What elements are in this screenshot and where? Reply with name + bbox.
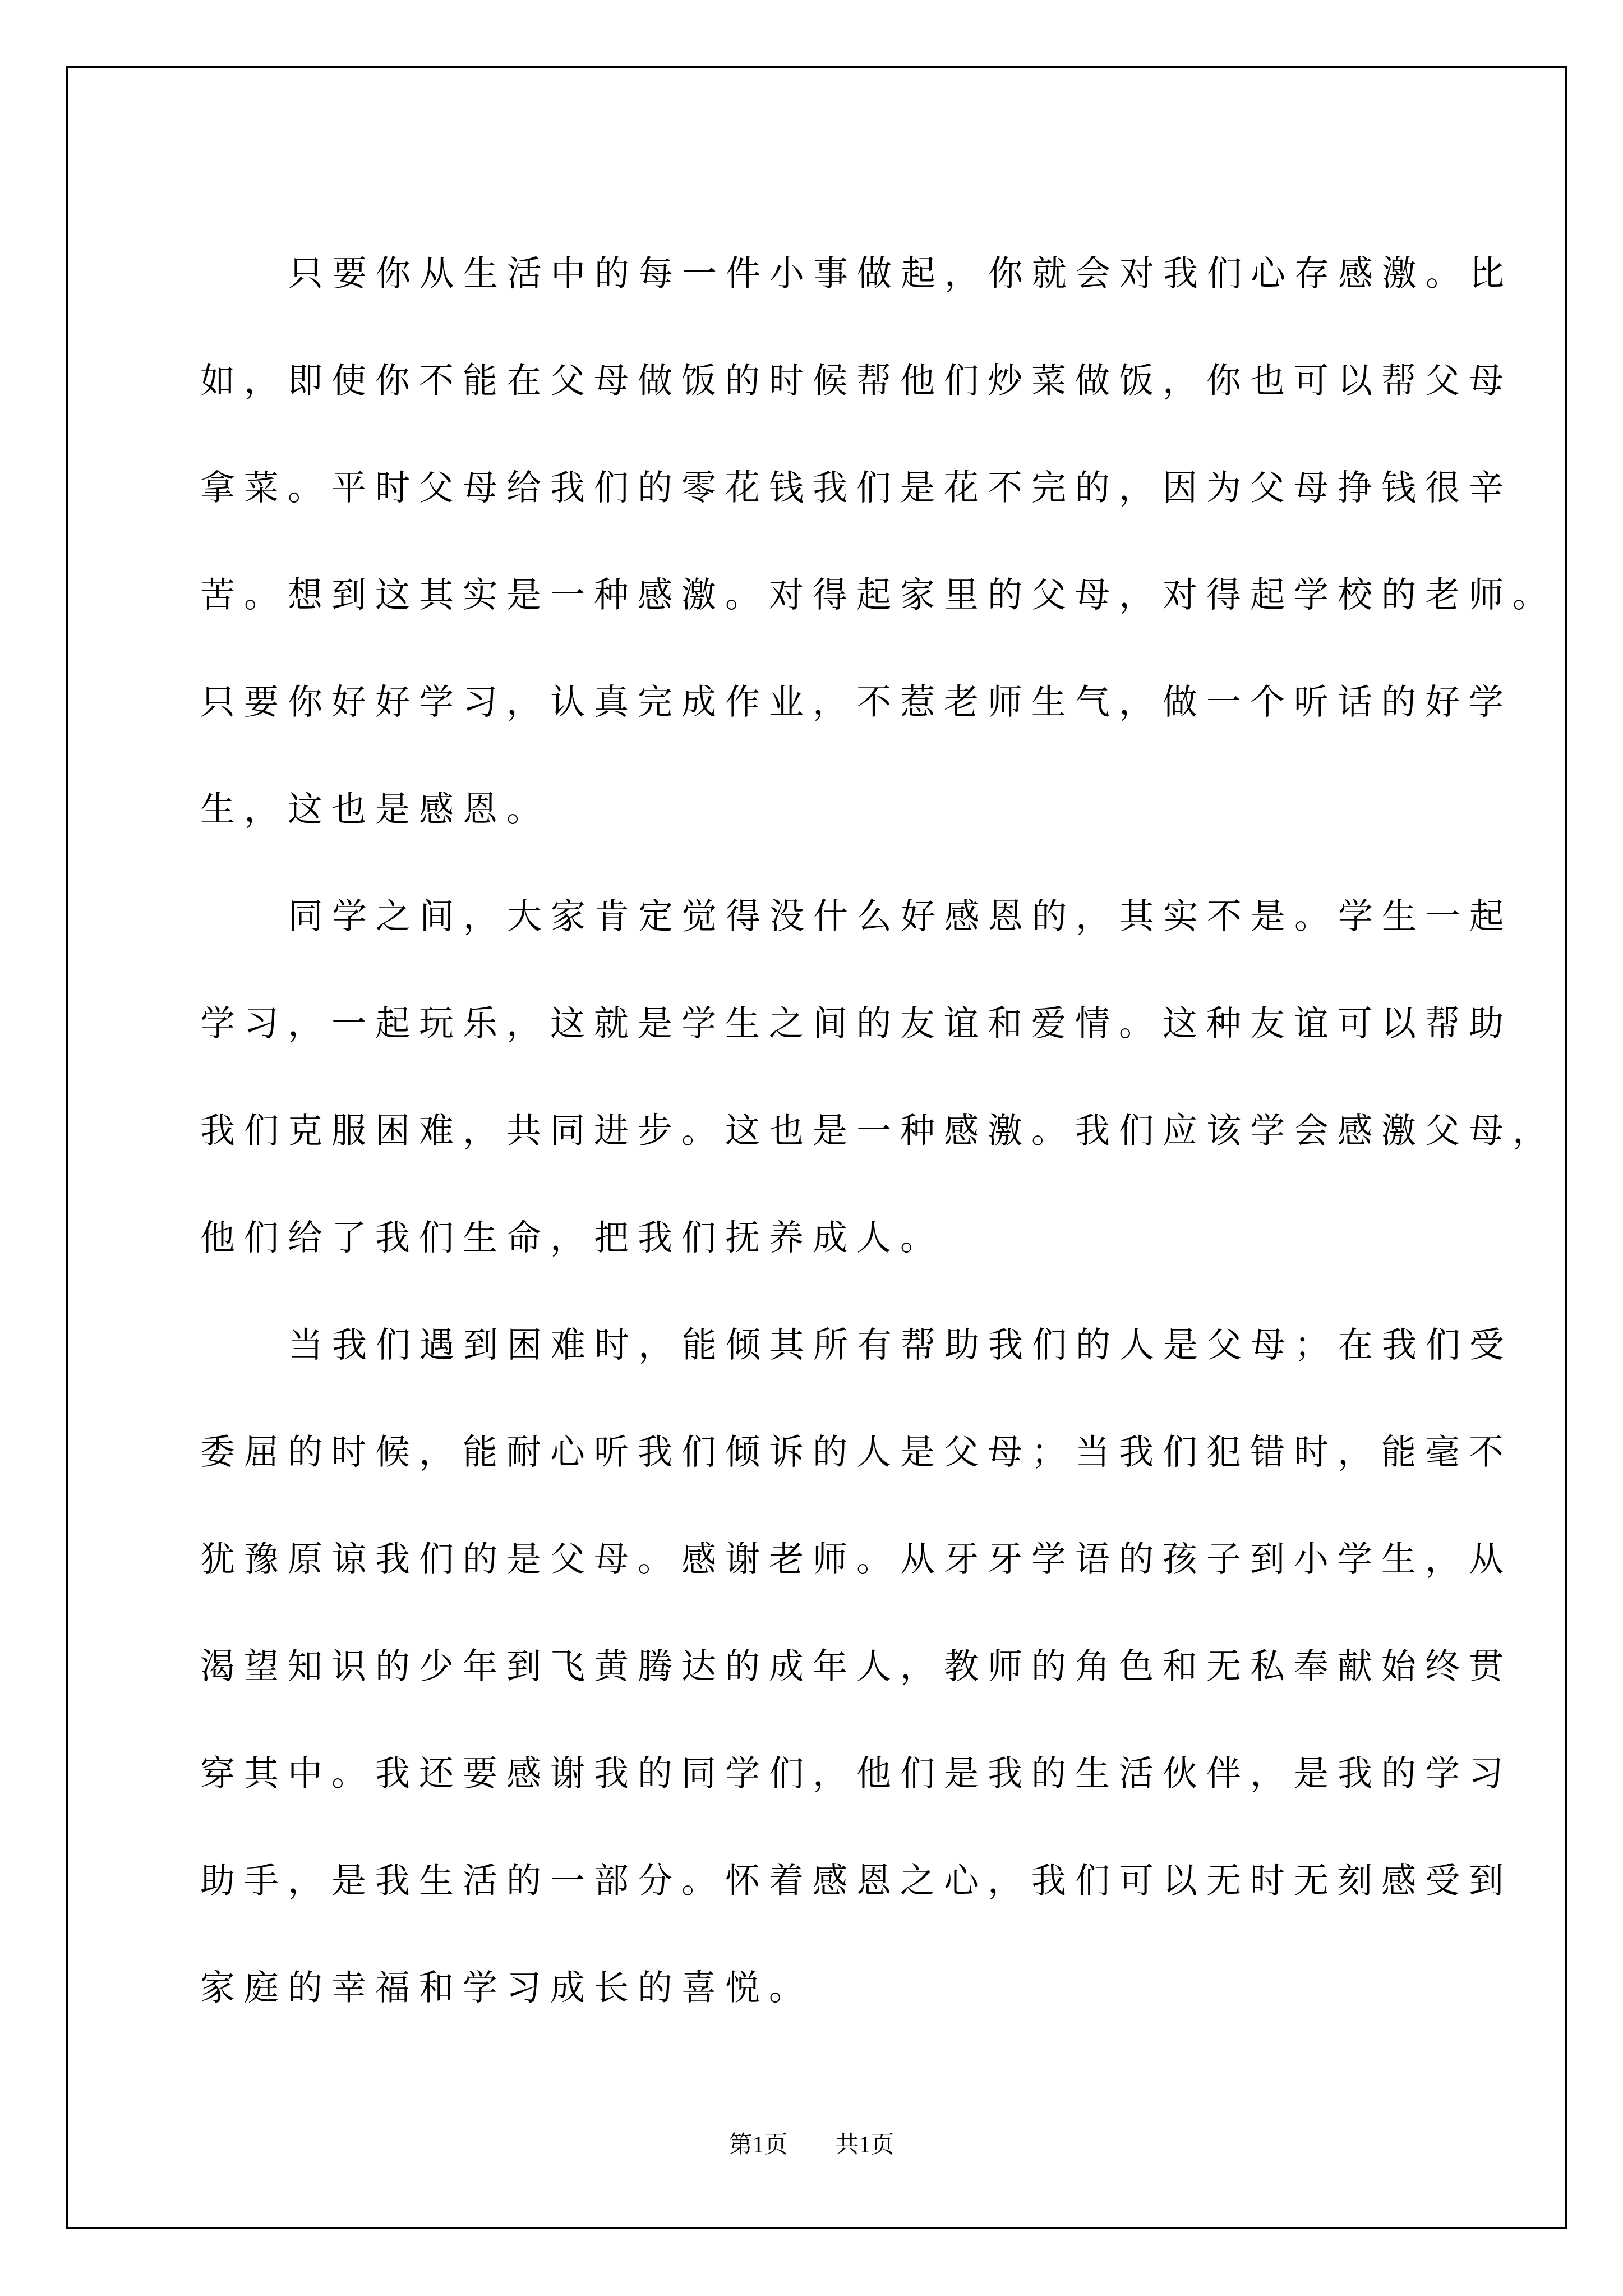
text-line: 犹豫原谅我们的是父母。感谢老师。从牙牙学语的孩子到小学生，从 — [200, 1506, 1434, 1613]
text-line: 委屈的时候，能耐心听我们倾诉的人是父母；当我们犯错时，能毫不 — [200, 1398, 1434, 1506]
text-line: 生，这也是感恩。 — [200, 756, 1434, 863]
text-line: 我们克服困难，共同进步。这也是一种感激。我们应该学会感激父母， — [200, 1077, 1434, 1184]
text-line: 家庭的幸福和学习成长的喜悦。 — [200, 1934, 1434, 2041]
page-footer: 第1页 共1页 — [0, 2126, 1623, 2160]
text-line: 苦。想到这其实是一种感激。对得起家里的父母，对得起学校的老师。 — [200, 541, 1434, 648]
text-line: 渴望知识的少年到飞黄腾达的成年人，教师的角色和无私奉献始终贯 — [200, 1613, 1434, 1720]
text-line: 拿菜。平时父母给我们的零花钱我们是花不完的，因为父母挣钱很辛 — [200, 434, 1434, 541]
text-line: 他们给了我们生命，把我们抚养成人。 — [200, 1184, 1434, 1291]
paragraph-1: 只要你从生活中的每一件小事做起，你就会对我们心存感激。比 如，即使你不能在父母做… — [200, 220, 1434, 863]
paragraph-2: 同学之间，大家肯定觉得没什么好感恩的，其实不是。学生一起 学习，一起玩乐，这就是… — [200, 863, 1434, 1291]
text-line: 助手，是我生活的一部分。怀着感恩之心，我们可以无时无刻感受到 — [200, 1827, 1434, 1934]
page-total: 共1页 — [836, 2132, 895, 2158]
paragraph-3: 当我们遇到困难时，能倾其所有帮助我们的人是父母；在我们受 委屈的时候，能耐心听我… — [200, 1291, 1434, 2041]
page-number: 第1页 — [728, 2132, 787, 2158]
text-line: 穿其中。我还要感谢我的同学们，他们是我的生活伙伴，是我的学习 — [200, 1720, 1434, 1827]
text-line: 只要你从生活中的每一件小事做起，你就会对我们心存感激。比 — [200, 220, 1434, 327]
text-line: 学习，一起玩乐，这就是学生之间的友谊和爱情。这种友谊可以帮助 — [200, 970, 1434, 1077]
text-line: 当我们遇到困难时，能倾其所有帮助我们的人是父母；在我们受 — [200, 1291, 1434, 1398]
text-line: 只要你好好学习，认真完成作业，不惹老师生气，做一个听话的好学 — [200, 648, 1434, 756]
text-line: 如，即使你不能在父母做饭的时候帮他们炒菜做饭，你也可以帮父母 — [200, 327, 1434, 434]
document-body: 只要你从生活中的每一件小事做起，你就会对我们心存感激。比 如，即使你不能在父母做… — [200, 220, 1434, 2041]
text-line: 同学之间，大家肯定觉得没什么好感恩的，其实不是。学生一起 — [200, 863, 1434, 970]
